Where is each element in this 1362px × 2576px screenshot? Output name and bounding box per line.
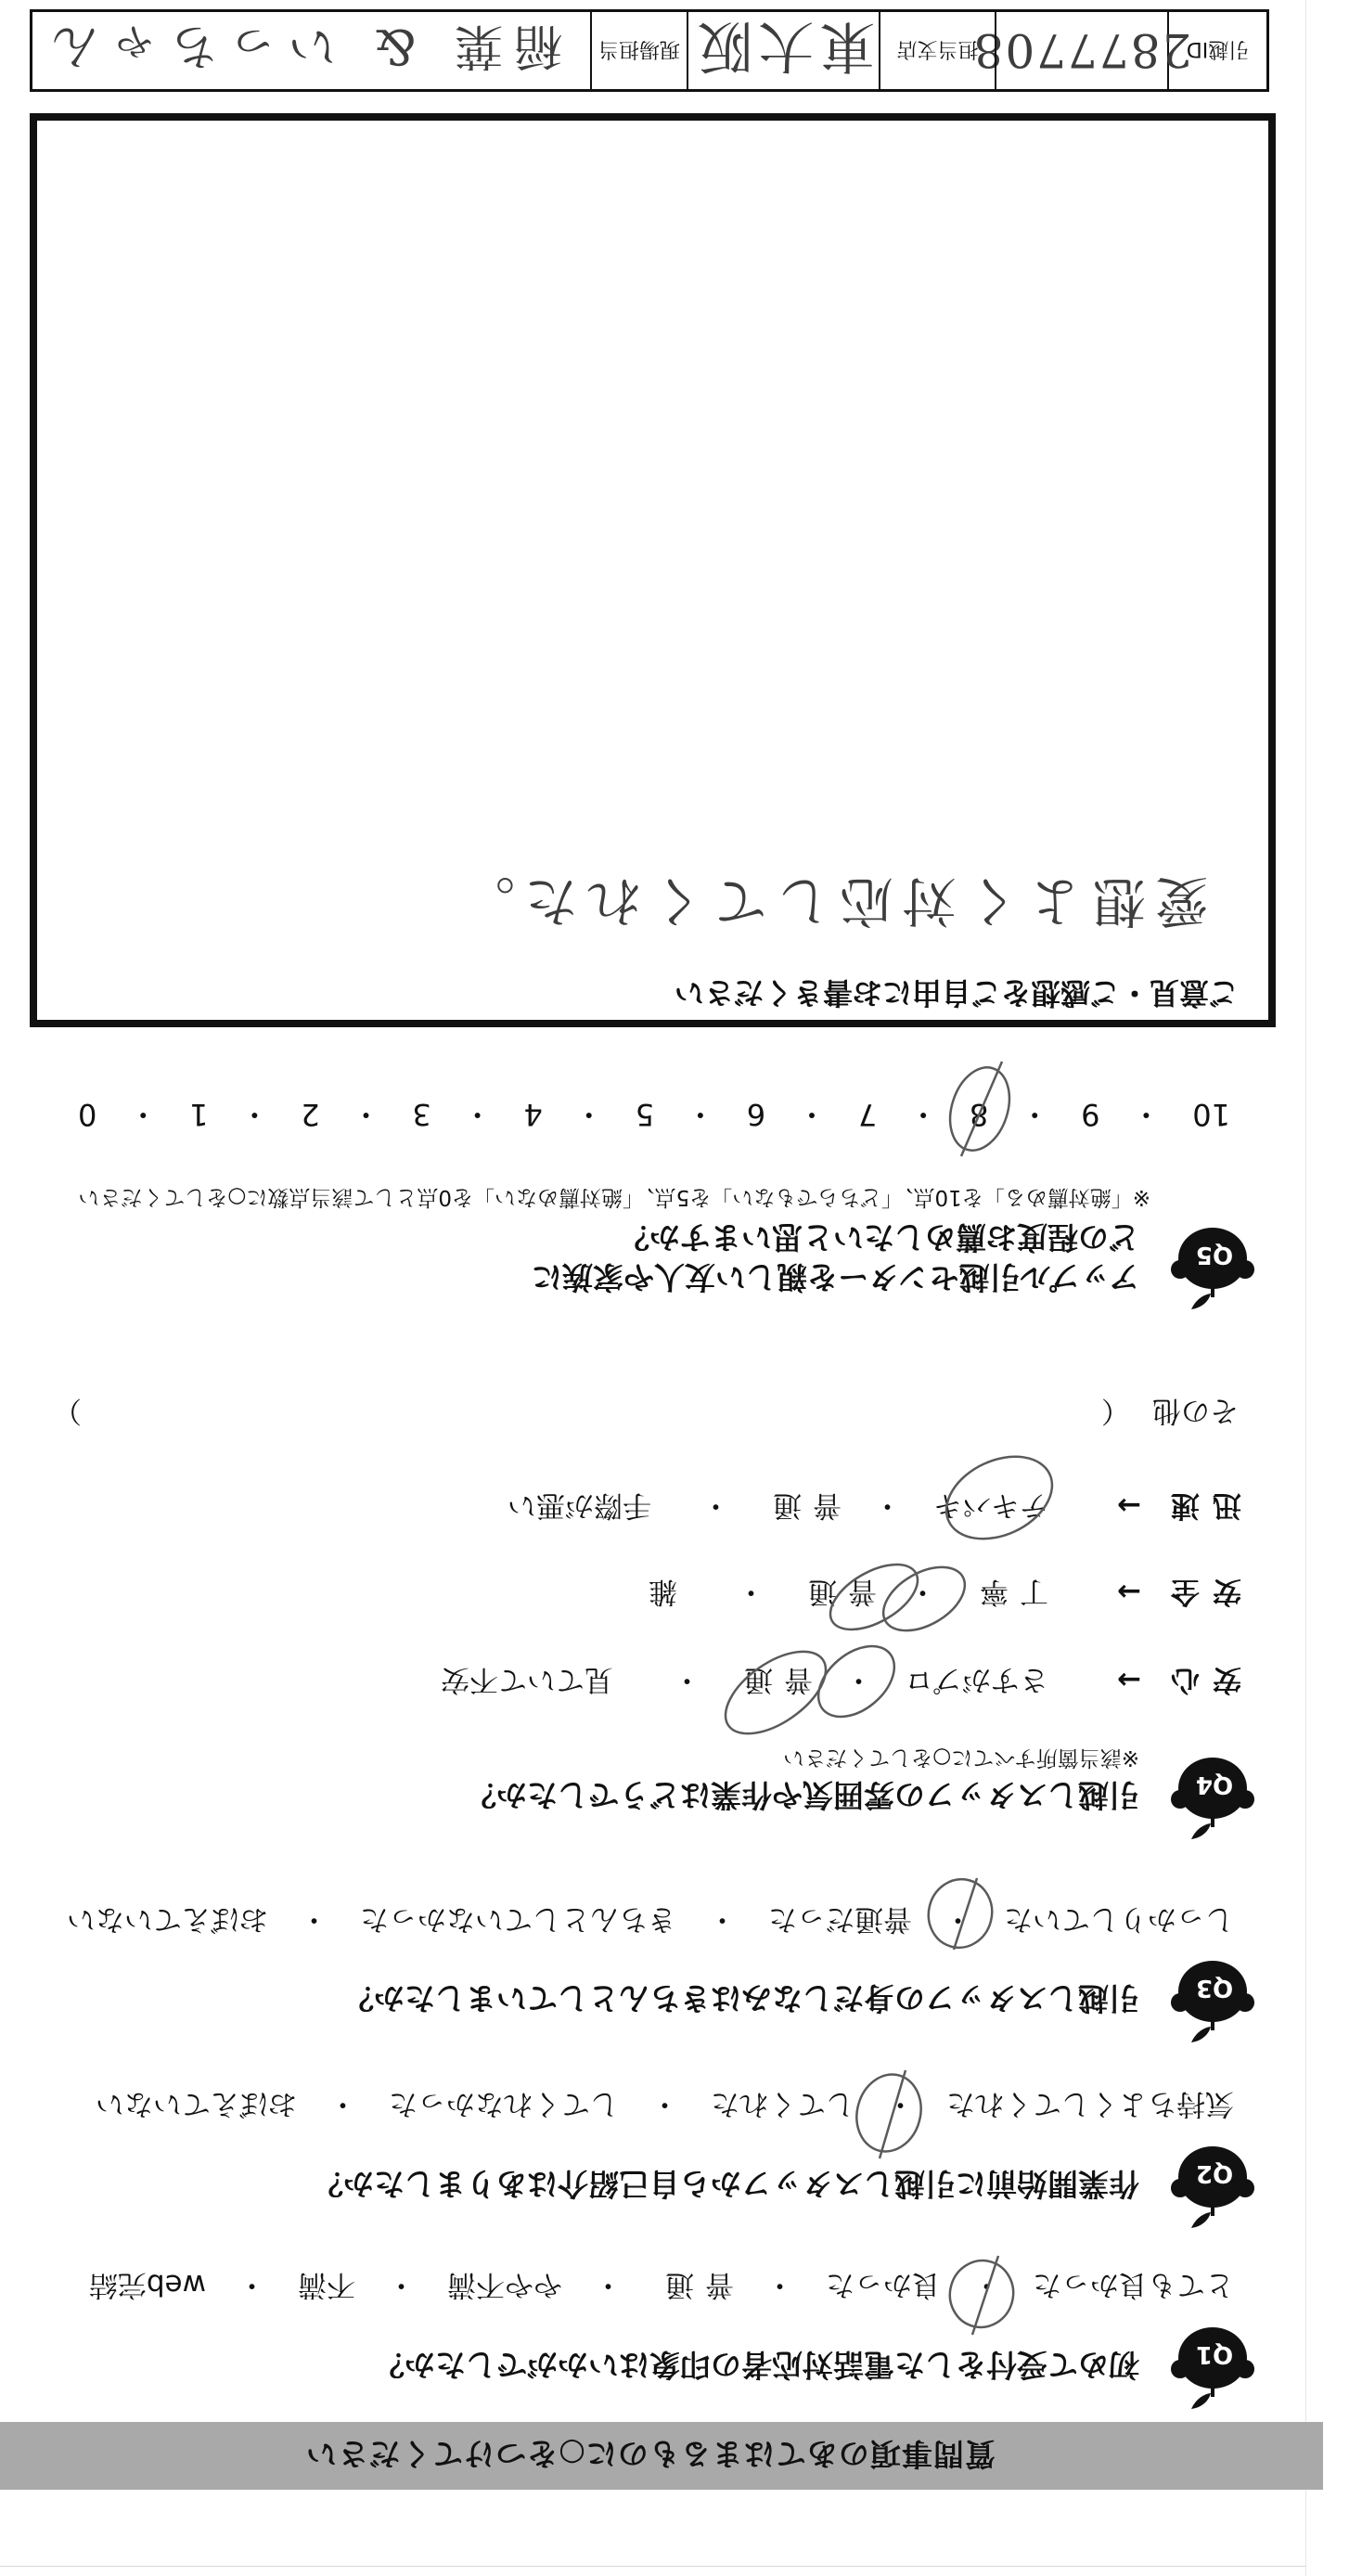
q4-other-open-paren: （ xyxy=(1101,1392,1130,1429)
separator: ・ xyxy=(574,1096,604,1133)
separator: ・ xyxy=(765,2266,794,2303)
question-q5-note: ※「絶対薦める」を10点、「どちらでもない」を5点、「絶対薦めない」を0点として… xyxy=(78,1184,1150,1210)
handwritten-comment: 愛想よく対応してくれた。 xyxy=(452,869,1209,934)
separator: ・ xyxy=(238,2266,266,2303)
question-q2-options: 気持ちよくしてくれた ・ してくれた ・ してくれなかった ・ おぼえていない xyxy=(96,2085,1234,2122)
row-label: 安心 xyxy=(1141,1661,1241,1698)
row-label: 安全 xyxy=(1141,1573,1241,1610)
scan-edge-vertical xyxy=(1305,0,1306,2576)
separator: ・ xyxy=(797,1096,827,1133)
separator: ・ xyxy=(972,2266,1001,2303)
scale-value: 10 xyxy=(1192,1096,1230,1133)
scale-value: 1 xyxy=(189,1096,208,1133)
option: 手際が悪い xyxy=(508,1487,651,1524)
separator: ・ xyxy=(352,1096,381,1133)
question-q1-text: 初めて受付をした電話対応者の印象はいかがでしたか？ xyxy=(374,2346,1139,2383)
branch-label: 担当支店 xyxy=(897,36,979,65)
scale-value: 6 xyxy=(747,1096,765,1133)
option: 普通 xyxy=(797,1573,877,1610)
apple-q3-badge-icon: Q3 xyxy=(1171,1960,1254,2043)
option: してくれなかった xyxy=(389,2085,619,2122)
apple-q2-badge-icon: Q2 xyxy=(1171,2145,1254,2229)
badge-label: Q2 xyxy=(1196,2159,1233,2187)
option: やや不満 xyxy=(447,2266,562,2303)
q4-row-jinsoku: 迅速 → テキパキ ・ 普通 ・ 手際が悪い xyxy=(508,1487,1241,1524)
scale-value: 3 xyxy=(412,1096,430,1133)
question-q5-line1: アップル引越センターを親しい友人や家族に xyxy=(532,1258,1139,1295)
apple-q5-badge-icon: Q5 xyxy=(1171,1227,1254,1310)
question-q4-note: ※該当箇所すべてに○をしてください xyxy=(783,1745,1139,1771)
badge-label: Q4 xyxy=(1196,1771,1233,1798)
separator: ・ xyxy=(328,2085,357,2122)
option: 不満 xyxy=(298,2266,355,2303)
staff-value: 稲葉 & いっちゃん xyxy=(40,16,562,85)
separator: ・ xyxy=(908,1573,937,1610)
scale-value: 7 xyxy=(858,1096,877,1133)
separator: ・ xyxy=(944,1900,972,1938)
separator: ・ xyxy=(701,1487,730,1524)
question-q2-text: 作業開始前に引越しスタッフから自己紹介はありましたか？ xyxy=(313,2165,1139,2202)
question-q1-options: とても良かった ・ 良かった ・ 普通 ・ やや不満 ・ 不満 ・ web完結 xyxy=(89,2266,1234,2303)
separator: ・ xyxy=(128,1096,158,1133)
option: web完結 xyxy=(89,2266,206,2303)
option: してくれた xyxy=(711,2085,854,2122)
scanned-survey-page: 質問事項のあてはまるものに○をつけてください Q1 初めて受付をした電話対応者の… xyxy=(0,0,1362,2576)
option: 丁寧 xyxy=(969,1573,1048,1610)
option: 普通だった xyxy=(768,1900,912,1938)
move-id-value-cell: 2877708 xyxy=(996,12,1169,89)
apple-q1-badge-icon: Q1 xyxy=(1171,2326,1254,2410)
recommendation-scale: 10 ・ 9 ・ 8 ・ 7 ・ 6 ・ 5 ・ 4 ・ 3 ・ 2 ・ 1 ・… xyxy=(78,1096,1230,1133)
question-q5-line2: どの程度お薦めしたいと思いますか？ xyxy=(619,1218,1139,1256)
scan-edge-horizontal xyxy=(0,2566,1306,2567)
separator: ・ xyxy=(387,2266,416,2303)
instruction-banner: 質問事項のあてはまるものに○をつけてください xyxy=(0,2422,1323,2490)
separator: ・ xyxy=(300,1900,328,1938)
move-id-value: 2877708 xyxy=(972,24,1192,78)
staff-label: 現場担当 xyxy=(598,36,680,65)
q4-other-close-paren: ） xyxy=(53,1392,82,1429)
separator: ・ xyxy=(463,1096,493,1133)
option: おぼえていない xyxy=(96,2085,297,2122)
scale-value-selected: 8 xyxy=(970,1096,988,1133)
arrow-right-icon: → xyxy=(1048,1487,1141,1524)
move-info-table: 引越ID 2877708 担当支店 東大阪 現場担当 稲葉 & いっちゃん xyxy=(30,9,1269,92)
badge-label: Q1 xyxy=(1196,2340,1233,2368)
separator: ・ xyxy=(737,1573,765,1610)
question-q4-text: 引越しスタッフの雰囲気や作業はどうでしたか？ xyxy=(466,1776,1139,1813)
branch-label-cell: 担当支店 xyxy=(880,12,996,89)
option: きちんとしていなかった xyxy=(360,1900,676,1938)
branch-value: 東大阪 xyxy=(692,11,876,91)
apple-q4-badge-icon: Q4 xyxy=(1171,1757,1254,1840)
branch-value-cell: 東大阪 xyxy=(688,12,880,89)
row-label: 迅速 xyxy=(1141,1487,1241,1524)
separator: ・ xyxy=(650,2085,679,2122)
badge-label: Q5 xyxy=(1196,1241,1233,1269)
separator: ・ xyxy=(886,2085,915,2122)
separator: ・ xyxy=(844,1661,873,1698)
question-q3-options: しっかりしていた ・ 普通だった ・ きちんとしていなかった ・ おぼえていない xyxy=(67,1900,1234,1938)
move-id-label: 引越ID xyxy=(1187,36,1249,65)
question-q3-text: 引越しスタッフの身だしなみはきちんとしていましたか？ xyxy=(343,1979,1139,2016)
separator: ・ xyxy=(673,1661,701,1698)
q4-other-label: その他 xyxy=(1152,1392,1239,1429)
option: 良かった xyxy=(826,2266,941,2303)
option: 気持ちよくしてくれた xyxy=(946,2085,1234,2122)
option: とても良かった xyxy=(1033,2266,1234,2303)
option: しっかりしていた xyxy=(1004,1900,1234,1938)
badge-label: Q3 xyxy=(1196,1974,1233,2002)
scale-value: 4 xyxy=(524,1096,543,1133)
staff-value-cell: 稲葉 & いっちゃん xyxy=(32,12,592,89)
scale-value: 9 xyxy=(1081,1096,1099,1133)
option: さすがプロ xyxy=(905,1661,1048,1698)
option: 普通 xyxy=(654,2266,734,2303)
option: テキパキ xyxy=(933,1487,1048,1524)
separator: ・ xyxy=(1020,1096,1049,1133)
scale-value: 5 xyxy=(636,1096,654,1133)
separator: ・ xyxy=(686,1096,715,1133)
separator: ・ xyxy=(594,2266,623,2303)
q4-row-anzen: 安全 → 丁寧 ・ 普通 ・ 雑 xyxy=(649,1573,1241,1610)
scale-value: 0 xyxy=(78,1096,96,1133)
scale-value: 2 xyxy=(301,1096,319,1133)
separator: ・ xyxy=(908,1096,938,1133)
instruction-text: 質問事項のあてはまるものに○をつけてください xyxy=(305,2434,996,2478)
option: 雑 xyxy=(649,1573,677,1610)
option: 普通 xyxy=(733,1661,813,1698)
separator: ・ xyxy=(708,1900,737,1938)
option: 見ていて不安 xyxy=(441,1661,613,1698)
arrow-right-icon: → xyxy=(1048,1573,1141,1610)
comment-header: ご意見・ご感想をご自由にお書きください xyxy=(675,974,1239,1011)
arrow-right-icon: → xyxy=(1048,1661,1141,1698)
option: 普通 xyxy=(762,1487,842,1524)
separator: ・ xyxy=(873,1487,902,1524)
option: おぼえていない xyxy=(67,1900,268,1938)
separator: ・ xyxy=(239,1096,269,1133)
q4-row-anshin: 安心 → さすがプロ ・ 普通 ・ 見ていて不安 xyxy=(441,1661,1241,1698)
staff-label-cell: 現場担当 xyxy=(592,12,688,89)
separator: ・ xyxy=(1131,1096,1161,1133)
